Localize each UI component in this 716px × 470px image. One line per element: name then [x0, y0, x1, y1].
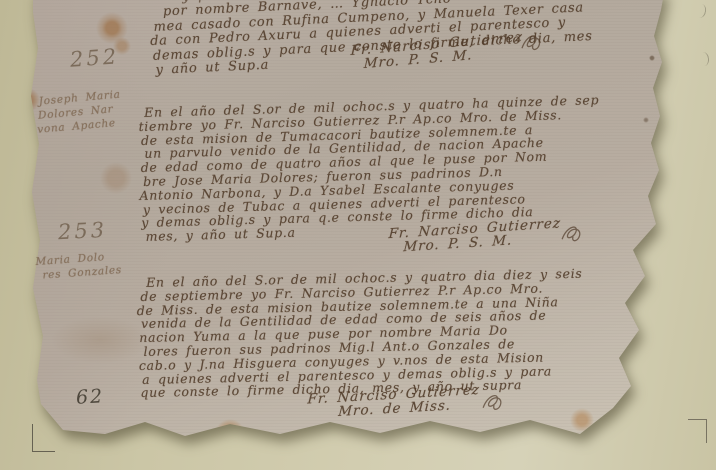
pencil-corner-mark-bottom-right — [688, 419, 707, 443]
margin-record-number-252: 252 — [69, 44, 120, 71]
pencil-page-number: 62 — [75, 385, 104, 408]
signature-rubric — [479, 390, 506, 413]
margin-record-number-253: 253 — [57, 218, 107, 245]
baptism-entry-252: En el año del S.or de mil ochoc.s y quat… — [140, 93, 603, 244]
margin-name-note-1: Joseph Maria Dolores Nar vona Apache — [38, 89, 123, 137]
signature-rubric — [518, 30, 546, 54]
baptism-entry-253: En el año del S.or de mil ochoc.s y quat… — [140, 267, 585, 400]
signature-rubric — [558, 222, 585, 246]
photo-of-manuscript: 252 Joseph Maria Dolores Nar vona Apache… — [0, 0, 716, 470]
pencil-corner-mark-bottom-left — [32, 424, 55, 452]
